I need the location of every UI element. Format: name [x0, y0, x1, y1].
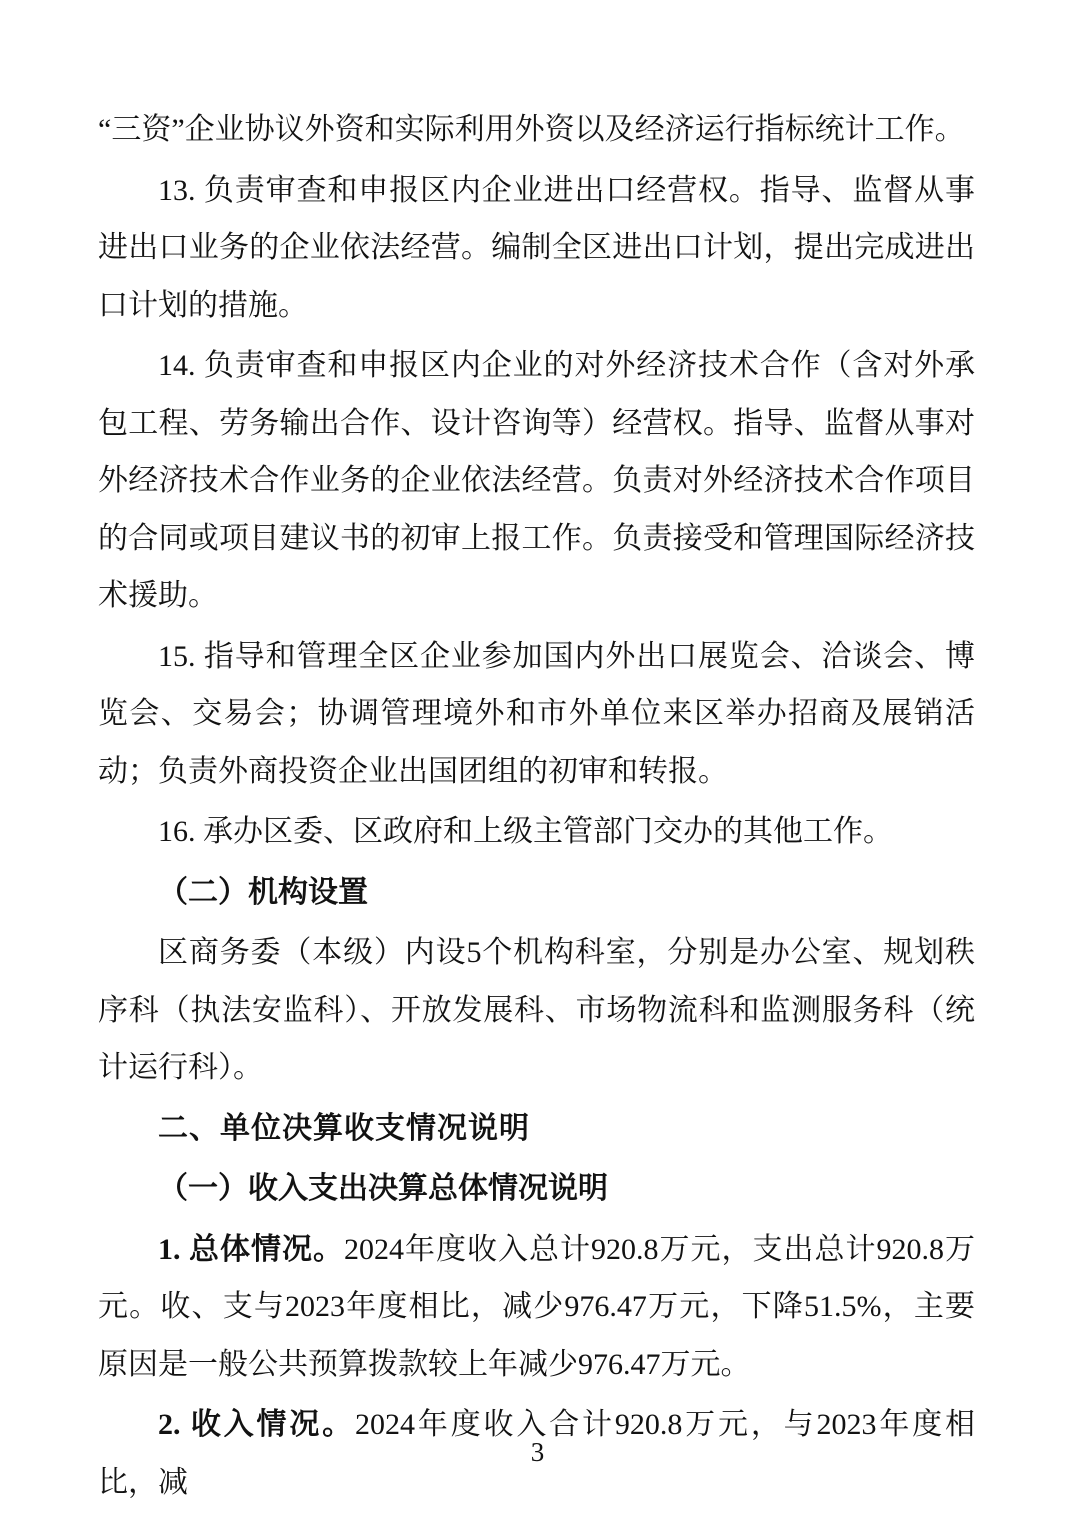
- paragraph-continuation: “三资”企业协议外资和实际利用外资以及经济运行指标统计工作。: [98, 101, 975, 159]
- paragraph-overall-lead: 1. 总体情况。: [158, 1233, 344, 1266]
- heading-sub-one: （一）收入支出决算总体情况说明: [98, 1160, 975, 1218]
- paragraph-overall-situation: 1. 总体情况。2024年度收入总计920.8万元，支出总计920.8万元。收、…: [98, 1221, 975, 1394]
- heading-section-two: 二、单位决算收支情况说明: [98, 1100, 975, 1158]
- paragraph-item-15: 15. 指导和管理全区企业参加国内外出口展览会、洽谈会、博览会、交易会；协调管理…: [98, 628, 975, 801]
- page-number: 3: [0, 1437, 1075, 1467]
- document-page: “三资”企业协议外资和实际利用外资以及经济运行指标统计工作。 13. 负责审查和…: [0, 0, 1075, 1520]
- heading-org-setup: （二）机构设置: [98, 864, 975, 922]
- paragraph-item-14: 14. 负责审查和申报区内企业的对外经济技术合作（含对外承包工程、劳务输出合作、…: [98, 337, 975, 625]
- paragraph-item-16: 16. 承办区委、区政府和上级主管部门交办的其他工作。: [98, 803, 975, 861]
- paragraph-org-setup: 区商务委（本级）内设5个机构科室，分别是办公室、规划秩序科（执法安监科）、开放发…: [98, 924, 975, 1097]
- paragraph-item-13: 13. 负责审查和申报区内企业进出口经营权。指导、监督从事进出口业务的企业依法经…: [98, 162, 975, 335]
